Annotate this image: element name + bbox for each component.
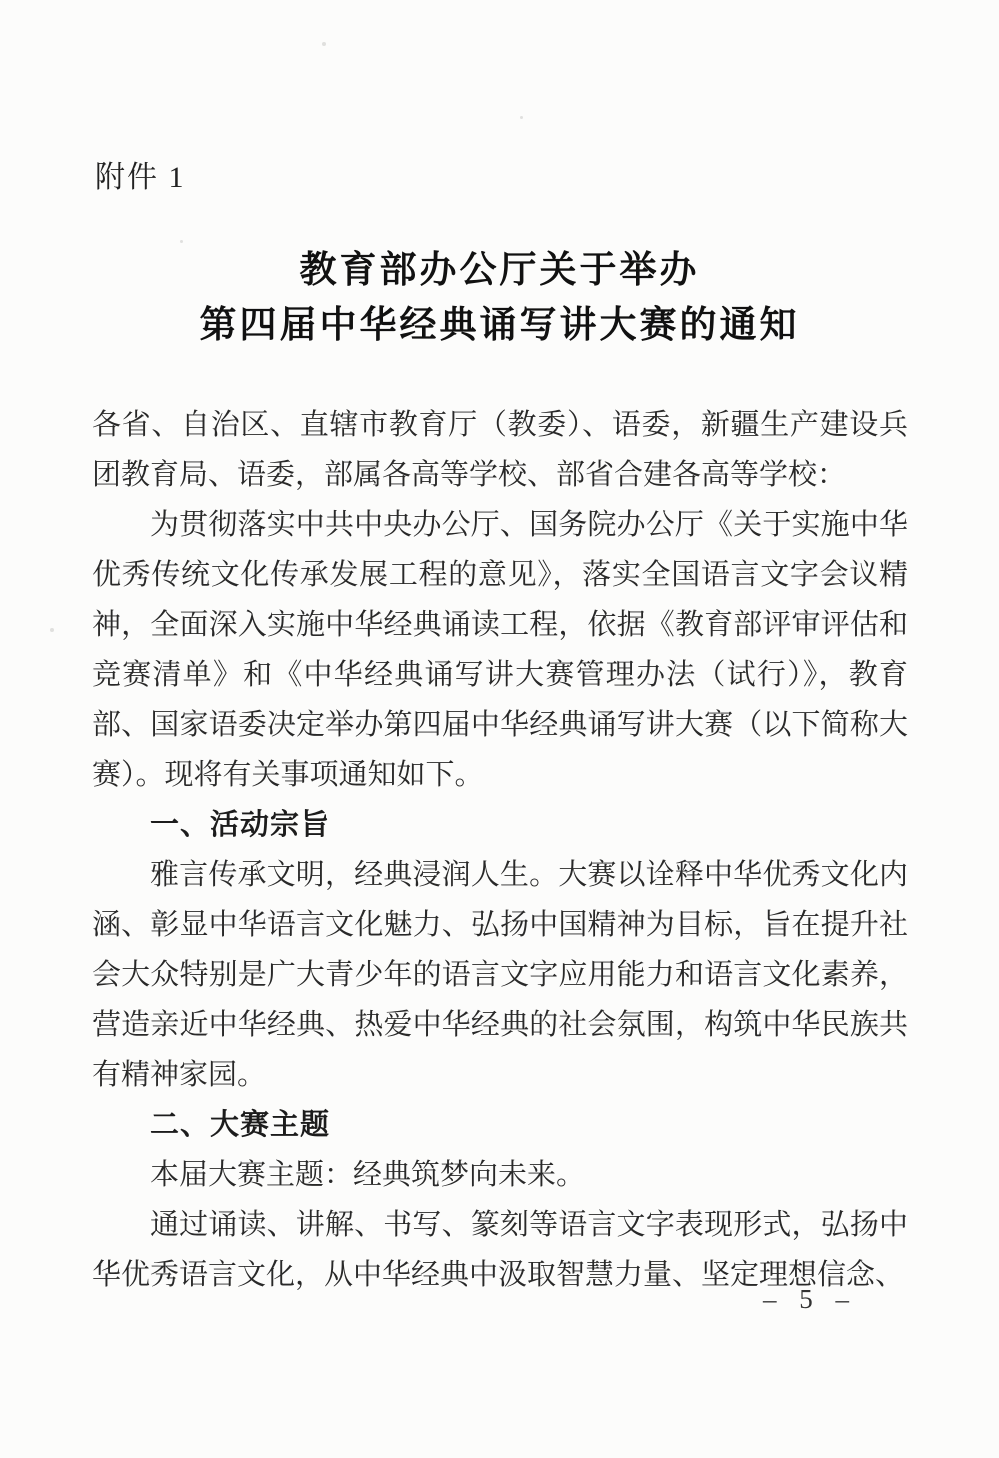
page-number: – 5 – <box>763 1284 857 1315</box>
document-body: 各省、自治区、直辖市教育厅（教委）、语委，新疆生产建设兵团教育局、语委，部属各高… <box>92 400 908 1300</box>
section-1-paragraph: 雅言传承文明，经典浸润人生。大赛以诠释中华优秀文化内涵、彰显中华语言文化魅力、弘… <box>92 850 908 1100</box>
document-title: 教育部办公厅关于举办 第四届中华经典诵写讲大赛的通知 <box>0 243 999 353</box>
section-2-theme-paragraph: 本届大赛主题：经典筑梦向未来。 <box>92 1150 908 1200</box>
intro-paragraph: 为贯彻落实中共中央办公厅、国务院办公厅《关于实施中华优秀传统文化传承发展工程的意… <box>92 500 908 800</box>
document-page: 附件 1 教育部办公厅关于举办 第四届中华经典诵写讲大赛的通知 各省、自治区、直… <box>0 0 999 1458</box>
document-title-line2: 第四届中华经典诵写讲大赛的通知 <box>0 298 999 353</box>
section-heading-1: 一、活动宗旨 <box>92 800 908 850</box>
document-title-line1: 教育部办公厅关于举办 <box>0 243 999 298</box>
attachment-label: 附件 1 <box>95 152 186 196</box>
scan-speck <box>520 116 523 119</box>
section-heading-2: 二、大赛主题 <box>92 1100 908 1150</box>
salutation-paragraph: 各省、自治区、直辖市教育厅（教委）、语委，新疆生产建设兵团教育局、语委，部属各高… <box>92 400 908 500</box>
scan-speck <box>50 628 54 632</box>
scan-speck <box>322 42 326 46</box>
